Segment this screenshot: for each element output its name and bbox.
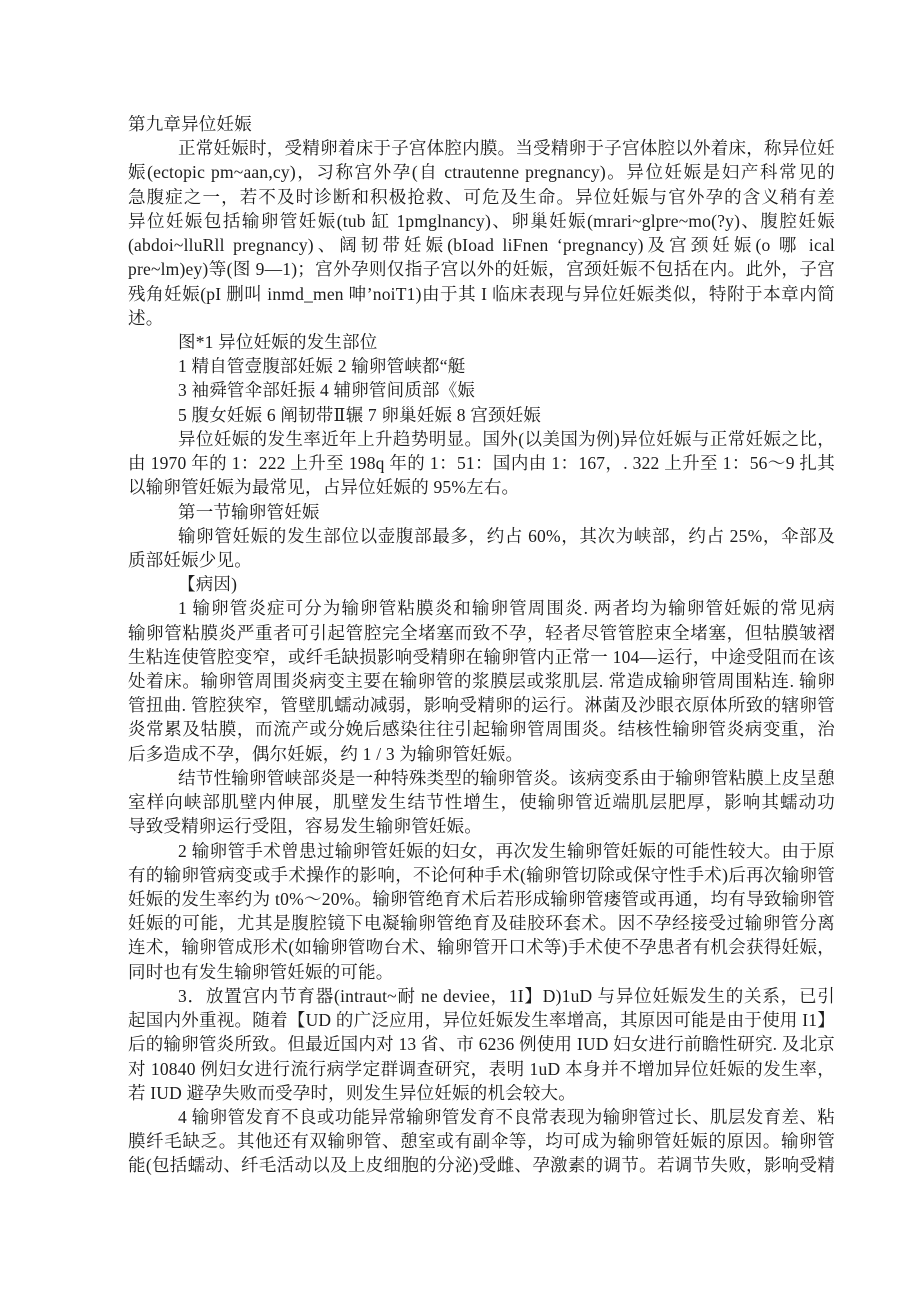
text-line: 输卵管妊娠的发生部位以壶腹部最多，约占 60%，其次为峡部，约占 25%，伞部及… bbox=[128, 524, 835, 548]
figure-legend-line: 1 精自管壹腹部妊娠 2 输卵管峡都“艇 bbox=[128, 354, 835, 378]
text-line: 质部妊娠少见。 bbox=[128, 548, 835, 572]
text-line: 正常妊娠时，受精卵着床于子宫体腔内膜。当受精卵于子宫体腔以外着床，称异位妊 bbox=[128, 136, 835, 160]
text-line: 结节性输卵管峡部炎是一种特殊类型的输卵管炎。该病变系由于输卵管粘膜上皮呈憩 bbox=[128, 766, 835, 790]
text-line: 述。 bbox=[128, 306, 835, 330]
text-line: 管扭曲. 管腔狭窄，管壁肌蠕动减弱，影响受精卵的运行。淋菌及沙眼衣原体所致的辖卵… bbox=[128, 693, 835, 717]
text-line: 2 输卵管手术曾患过输卵管妊娠的妇女，再次发生输卵管妊娠的可能性较大。由于原 bbox=[128, 839, 835, 863]
text-line: 导致受精卵运行受阻，容易发生输卵管妊娠。 bbox=[128, 814, 835, 838]
text-line: pre~lm)ey)等(图 9—1)；宫外孕则仅指子宫以外的妊娠，宫颈妊娠不包括… bbox=[128, 257, 835, 281]
text-line: 若 IUD 避孕失败而受孕时，则发生异位妊娠的机会较大。 bbox=[128, 1081, 835, 1105]
figure-caption: 图*1 异位妊娠的发生部位 bbox=[128, 330, 835, 354]
text-line: 1 输卵管炎症可分为输卵管粘膜炎和输卵管周围炎. 两者均为输卵管妊娠的常见病因。 bbox=[128, 596, 835, 620]
text-line: 妊娠的可能，尤其是腹腔镜下电凝输卵管绝育及硅胶环套术。因不孕经接受过输卵管分离粘 bbox=[128, 911, 835, 935]
document-page: 第九章异位妊娠正常妊娠时，受精卵着床于子宫体腔内膜。当受精卵于子宫体腔以外着床，… bbox=[0, 0, 920, 1302]
text-line: 炎常累及牯膜，而流产或分娩后感染往往引起输卵管周围炎。结核性输卵管炎病变重，治愈 bbox=[128, 717, 835, 741]
text-line: 3．放置宫内节育器(intraut~耐 ne deviee，1I】D)1uD 与… bbox=[128, 984, 835, 1008]
text-line: 后的输卵管炎所致。但最近国内对 13 省、市 6236 例使用 IUD 妇女进行… bbox=[128, 1032, 835, 1056]
text-line: 连术，输卵管成形术(如输卵管吻台术、输卵管开口术等)手术使不孕患者有机会获得妊娠… bbox=[128, 935, 835, 959]
chapter-heading: 第九章异位妊娠 bbox=[128, 112, 835, 136]
text-line: 异位妊娠的发生率近年上升趋势明显。国外(以美国为例)异位妊娠与正常妊娠之比， bbox=[128, 427, 835, 451]
text-line: 异位妊娠包括输卵管妊娠(tub 缸 1pmglnancy)、卵巢妊娠(mrari… bbox=[128, 209, 835, 233]
text-line: 输卵管粘膜炎严重者可引起管腔完全堵塞而致不孕，轻者尽管管腔束全堵塞，但牯膜皱褶发 bbox=[128, 621, 835, 645]
text-line: 急腹症之一，若不及时诊断和积极抢救、可危及生命。异位妊娠与官外孕的含义稍有差别。 bbox=[128, 185, 835, 209]
text-line: 室样向峡部肌壁内伸展，肌壁发生结节性增生，使输卵管近端肌层肥厚，影响其蠕动功能， bbox=[128, 790, 835, 814]
text-line: 膜纤毛缺乏。其他还有双输卵管、憩室或有副伞等，均可成为输卵管妊娠的原因。输卵管功 bbox=[128, 1129, 835, 1153]
text-line: 后多造成不孕，偶尔妊娠，约 1 / 3 为输卵管妊娠。 bbox=[128, 742, 835, 766]
text-line: 同时也有发生输卵管妊娠的可能。 bbox=[128, 960, 835, 984]
text-line: 4 输卵管发育不良或功能异常输卵管发育不良常表现为输卵管过长、肌层发育差、粘 bbox=[128, 1105, 835, 1129]
text-line: 能(包括蠕动、纤毛活动以及上皮细胞的分泌)受雌、孕激素的调节。若调节失败，影响受… bbox=[128, 1153, 835, 1177]
text-line: (abdoi~lluRll pregnancy)、阔韧带妊娠(bIoad liF… bbox=[128, 233, 835, 257]
text-line: 有的输卵管病变或手术操作的影响，不论何种手术(输卵管切除或保守性手术)后再次输卵… bbox=[128, 863, 835, 887]
text-line: 起国内外重视。随着【UD 的广泛应用，异位妊娠发生率增高，其原因可能是由于使用 … bbox=[128, 1008, 835, 1032]
text-line: 娠(ectopic pm~aan,cy)，习称宫外孕(自 ctrautenne … bbox=[128, 160, 835, 184]
document-text: 第九章异位妊娠正常妊娠时，受精卵着床于子宫体腔内膜。当受精卵于子宫体腔以外着床，… bbox=[128, 112, 835, 1178]
figure-legend-line: 5 腹女妊娠 6 阐韧带Ⅱ辗 7 卵巢妊娠 8 宫颈妊娠 bbox=[128, 403, 835, 427]
text-line: 处着床。输卵管周围炎病变主要在输卵管的浆膜层或浆肌层. 常造成输卵管周围粘连. … bbox=[128, 669, 835, 693]
section-heading: 第一节输卵管妊娠 bbox=[128, 500, 835, 524]
text-line: 对 10840 例妇女进行流行病学定群调查研究，表明 1uD 本身并不增加异位妊… bbox=[128, 1057, 835, 1081]
subheading-etiology: 【病因) bbox=[128, 572, 835, 596]
text-line: 生粘连使管腔变窄，或纤毛缺损影响受精卵在输卵管内正常一 104—运行，中途受阻而… bbox=[128, 645, 835, 669]
text-line: 妊娠的发生率约为 t0%～20%。输卵管绝育术后若形成输卵管瘘管或再通，均有导致… bbox=[128, 887, 835, 911]
text-line: 由 1970 年的 1：222 上升至 198q 年的 1：51：国内由 1：1… bbox=[128, 451, 835, 475]
text-line: 以输卵管妊娠为最常见，占异位妊娠的 95%左右。 bbox=[128, 475, 835, 499]
figure-legend-line: 3 袖舜管伞部妊振 4 辅卵管间质部《娠 bbox=[128, 378, 835, 402]
text-line: 残角妊娠(pI 删叫 inmd_men 呻’noiT1)由于其 I 临床表现与异… bbox=[128, 282, 835, 306]
